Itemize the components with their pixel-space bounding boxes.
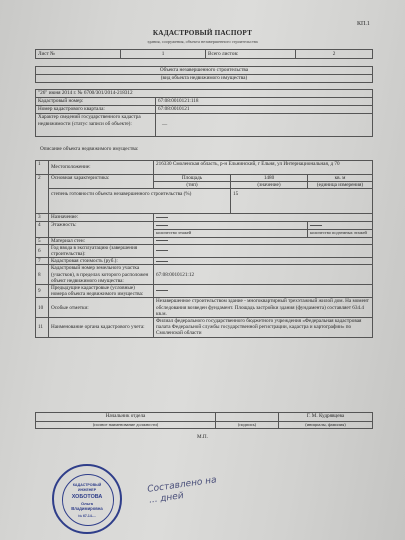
position-caption: (полное наименование должности): [36, 422, 216, 429]
underground-floors-caption: количество подземных этажей: [308, 230, 373, 237]
stamp-line: Владимировна: [54, 506, 120, 511]
row-number: 4: [36, 222, 49, 237]
total-sheets-value: 2: [296, 50, 373, 59]
handwritten-note: Составлено на ... дней: [147, 475, 219, 507]
main-characteristic-label: Основная характеристика:: [49, 175, 154, 189]
description-table: 1 Местоположение: 216330 Смоленская обла…: [35, 160, 373, 338]
stamp-line: КАДАСТРОВЫЙ: [54, 483, 120, 487]
special-notes-label: Особые отметки:: [49, 298, 154, 318]
row-number: 8: [36, 265, 49, 285]
char-type-caption: (тип): [154, 182, 231, 189]
land-plot-label: Кадастровый номер земельного участка (уч…: [49, 265, 154, 285]
empty-dash: [156, 240, 168, 241]
form-code: КП.1: [357, 21, 370, 27]
object-type-table: Объекта незавершенного строительства (ви…: [35, 66, 373, 83]
empty-dash: [156, 290, 168, 291]
previous-numbers-value: [154, 285, 373, 298]
readiness-label: степень готовности объекта незавершенног…: [49, 189, 231, 214]
registration-table: "26" июня 2014 г. № 6700/301/2014-218312…: [35, 89, 373, 137]
signature-table: Начальник отдела Г. М. Кудрявцева (полно…: [35, 412, 373, 429]
seal-place-label: М.П.: [0, 434, 405, 440]
floors-caption: количество этажей: [154, 230, 308, 237]
cadastral-number-value: 67:08:0010121:118: [156, 98, 373, 106]
official-name: Г. М. Кудрявцева: [279, 413, 373, 422]
location-label: Местоположение:: [49, 161, 154, 175]
wall-material-label: Материал стен:: [49, 237, 154, 244]
purpose-value: [154, 214, 373, 222]
readiness-value: 15: [231, 189, 373, 214]
registration-date-line: "26" июня 2014 г. № 6700/301/2014-218312: [36, 90, 373, 98]
cadastral-quarter-label: Номер кадастрового квартала:: [36, 106, 156, 114]
record-status-label: Характер сведений государственного кадас…: [36, 114, 156, 137]
cadastral-value-label: Кадастровая стоимость (руб.):: [49, 258, 154, 265]
stamp-line: № 67-14-...: [54, 514, 120, 518]
empty-dash: [156, 250, 168, 251]
char-value: 1480: [231, 175, 308, 182]
stamp-name: ХОБОТОВА: [54, 494, 120, 500]
row-number: 7: [36, 258, 49, 265]
description-heading: Описание объекта недвижимого имущества:: [40, 146, 138, 152]
commissioning-year-label: Год ввода в эксплуатацию (завершения стр…: [49, 244, 154, 257]
wall-material-value: [154, 237, 373, 244]
cadastral-value-value: [154, 258, 373, 265]
object-type-caption: (вид объекта недвижимого имущества): [36, 75, 373, 83]
commissioning-year-value: [154, 244, 373, 257]
char-value-caption: (значение): [231, 182, 308, 189]
name-caption: (инициалы, фамилия): [279, 422, 373, 429]
row-number: 3: [36, 214, 49, 222]
floors-value: [154, 222, 308, 230]
empty-dash: [310, 225, 322, 226]
sheet-label: Лист №: [36, 50, 121, 59]
signature-field: [216, 413, 279, 422]
row-number: 10: [36, 298, 49, 318]
empty-dash: [156, 217, 168, 218]
stamp-line: ИНЖЕНЕР: [54, 488, 120, 492]
row-number: 9: [36, 285, 49, 298]
row-number: 11: [36, 318, 49, 338]
empty-dash: [156, 225, 168, 226]
char-unit: кв. м: [308, 175, 373, 182]
row-number: 5: [36, 237, 49, 244]
char-type-value: Площадь: [154, 175, 231, 182]
document-title: КАДАСТРОВЫЙ ПАСПОРТ: [0, 29, 405, 37]
object-type-value: Объекта незавершенного строительства: [36, 67, 373, 75]
row-number: 1: [36, 161, 49, 175]
total-sheets-label: Всего листов:: [206, 50, 296, 59]
row-number: 2: [36, 175, 49, 214]
stamp-inner-ring: [62, 474, 114, 526]
previous-numbers-label: Предыдущие кадастровые (условные) номера…: [49, 285, 154, 298]
purpose-label: Назначение:: [49, 214, 154, 222]
sheet-number: 1: [121, 50, 206, 59]
document-subtitle: здания, сооружения, объекта незавершенно…: [0, 39, 405, 44]
cadastral-quarter-value: 67:08:0010121: [156, 106, 373, 114]
cadastral-engineer-stamp: КАДАСТРОВЫЙ ИНЖЕНЕР ХОБОТОВА Ольга Влади…: [52, 464, 122, 534]
registration-authority-value: Филиал федерального государственного бюд…: [154, 318, 373, 338]
record-status-value: —: [156, 114, 373, 137]
special-notes-value: Незавершенное строительством здание - мн…: [154, 298, 373, 318]
underground-floors-value: [308, 222, 373, 230]
official-position: Начальник отдела: [36, 413, 216, 422]
row-number: 6: [36, 244, 49, 257]
signature-caption: (подпись): [216, 422, 279, 429]
sheet-info-table: Лист № 1 Всего листов: 2: [35, 49, 373, 59]
registration-authority-label: Наименование органа кадастрового учета:: [49, 318, 154, 338]
floors-label: Этажность:: [49, 222, 154, 237]
land-plot-value: 67:08:0010121:12: [154, 265, 373, 285]
empty-dash: [156, 261, 168, 262]
cadastral-number-label: Кадастровый номер:: [36, 98, 156, 106]
char-unit-caption: (единица измерения): [308, 182, 373, 189]
location-value: 216330 Смоленская область, р-н Ельнински…: [154, 161, 373, 175]
